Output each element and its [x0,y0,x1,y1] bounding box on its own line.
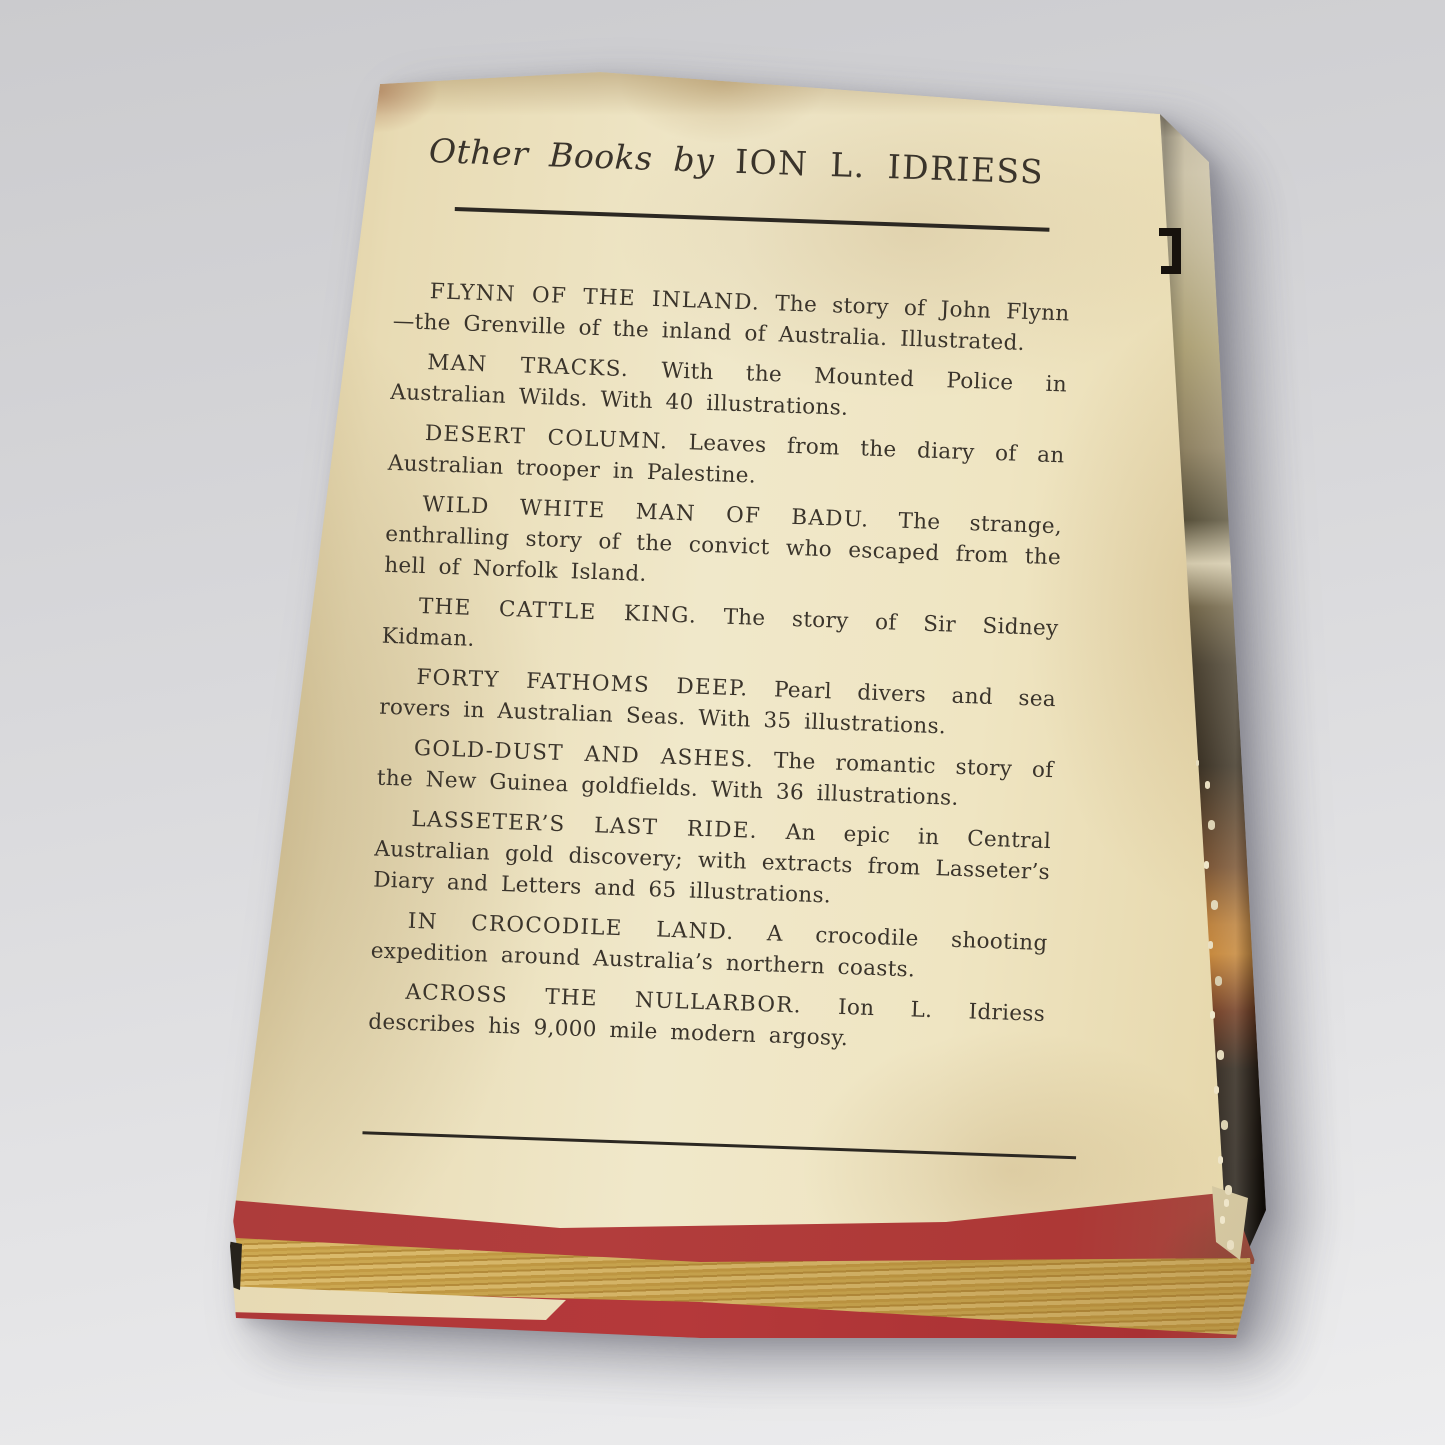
book-entry: IN CROCODILE LAND. A crocodile shooting … [370,904,1048,990]
book-title: MAN TRACKS. [427,350,630,382]
book-list: FLYNN OF THE INLAND. The story of John F… [368,274,1070,1060]
book-entry: ACROSS THE NULLARBOR. Ion L. Idriess des… [368,975,1046,1061]
book-entry: THE CATTLE KING. The story of Sir Sidney… [381,589,1059,675]
jacket-text-block: Other Books by ION L. IDRIESS FLYNN OF T… [364,116,1075,1158]
book-entry: GOLD-DUST AND ASHES. The romantic story … [376,731,1054,817]
book: Other Books by ION L. IDRIESS FLYNN OF T… [0,0,1445,1445]
book-title: FLYNN OF THE INLAND. [429,279,760,316]
book-outline: Other Books by ION L. IDRIESS FLYNN OF T… [0,0,1445,1445]
book-title: IN CROCODILE LAND. [407,908,735,944]
page-title: Other Books by ION L. IDRIESS [398,130,1075,193]
book-title: DESERT COLUMN. [425,421,669,454]
book-entry: LASSETER’S LAST RIDE. An epic in Central… [373,802,1052,919]
book-title: FORTY FATHOMS DEEP. [416,664,749,701]
book-title: THE CATTLE KING. [418,593,697,628]
heading-author-name: ION L. IDRIESS [734,142,1044,192]
book-title: LASSETER’S LAST RIDE. [411,806,758,843]
heading-italic-part: Other Books by [428,131,715,180]
book-entry: DESERT COLUMN. Leaves from the diary of … [387,416,1065,502]
book-entry: FORTY FATHOMS DEEP. Pearl divers and sea… [379,660,1057,746]
book-title: GOLD-DUST AND ASHES. [414,735,755,772]
spine-art-mark [1172,228,1181,274]
divider-top-rule [455,207,1050,231]
photo-background: Other Books by ION L. IDRIESS FLYNN OF T… [0,0,1445,1445]
spine-scuff-marks [1196,760,1199,766]
book-entry: FLYNN OF THE INLAND. The story of John F… [392,274,1070,360]
book-entry: MAN TRACKS. With the Mounted Police in A… [390,345,1068,431]
book-entry: WILD WHITE MAN OF BADU. The strange, ent… [384,487,1063,604]
